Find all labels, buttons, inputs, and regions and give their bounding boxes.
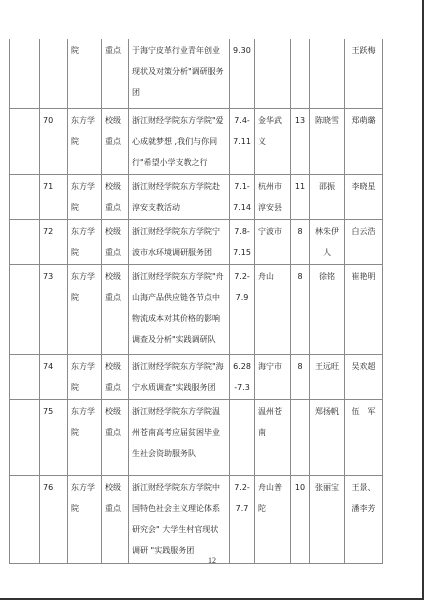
page-number: 12 <box>0 556 424 565</box>
row-number: 74 <box>40 354 68 399</box>
date-cell: 7.2-7.7 <box>230 475 255 563</box>
advisor-cell: 伍 军 <box>345 399 383 475</box>
level-cell: 校级重点 <box>102 108 129 174</box>
count-cell: 11 <box>291 174 310 219</box>
blank-cell <box>10 264 40 354</box>
row-number: 73 <box>40 264 68 354</box>
place-cell: 宁波市 <box>255 219 291 264</box>
leader-cell: 徐铭 <box>310 264 345 354</box>
advisor-cell: 郑萌璐 <box>345 108 383 174</box>
row-number: 75 <box>40 399 68 475</box>
place-cell: 金华武义 <box>255 108 291 174</box>
leader-cell <box>310 39 345 108</box>
row-number: 72 <box>40 219 68 264</box>
unit-cell: 东方学院 <box>68 264 102 354</box>
level-cell: 校级重点 <box>102 174 129 219</box>
leader-cell: 邵振 <box>310 174 345 219</box>
row-number: 76 <box>40 475 68 563</box>
table-row: 75 东方学院 校级重点 浙江财经学院东方学院温州苍南高考应届贫困毕业生社会资助… <box>10 399 383 475</box>
project-cell: 浙江财经学院东方学院中国特色社会主义理论体系研究会" 大学生村官现状调研 "实践… <box>129 475 230 563</box>
leader-cell: 林朱伊人 <box>310 219 345 264</box>
table-row: 73 东方学院 校级重点 浙江财经学院东方学院"舟山海产品供应链各节点中物流成本… <box>10 264 383 354</box>
row-number <box>40 39 68 108</box>
row-number: 71 <box>40 174 68 219</box>
count-cell <box>291 39 310 108</box>
table-row: 76 东方学院 校级重点 浙江财经学院东方学院中国特色社会主义理论体系研究会" … <box>10 475 383 563</box>
level-cell: 校级重点 <box>102 354 129 399</box>
place-cell: 舟山 <box>255 264 291 354</box>
count-cell: 8 <box>291 219 310 264</box>
advisor-cell: 白云浩 <box>345 219 383 264</box>
blank-cell <box>10 219 40 264</box>
place-cell <box>255 39 291 108</box>
table-row: 71 东方学院 校级重点 浙江财经学院东方学院赴淳安支教活动 7.1-7.14 … <box>10 174 383 219</box>
level-cell: 校级重点 <box>102 219 129 264</box>
row-number: 70 <box>40 108 68 174</box>
blank-cell <box>10 399 40 475</box>
level-cell: 校级重点 <box>102 264 129 354</box>
place-cell: 舟山普陀 <box>255 475 291 563</box>
blank-cell <box>10 475 40 563</box>
date-cell: 7.1-7.14 <box>230 174 255 219</box>
leader-cell: 王远旺 <box>310 354 345 399</box>
advisor-cell: 崔艳明 <box>345 264 383 354</box>
advisor-cell: 王跃梅 <box>345 39 383 108</box>
level-cell: 校级重点 <box>102 475 129 563</box>
table-row: 72 东方学院 校级重点 浙江财经学院东方学院宁波市水环境调研服务团 7.8-7… <box>10 219 383 264</box>
table-row: 院 重点 于海宁皮革行业青年创业现状及对策分析"调研服务团 9.30 王跃梅 <box>10 39 383 108</box>
count-cell: 8 <box>291 264 310 354</box>
project-cell: 浙江财经学院东方学院温州苍南高考应届贫困毕业生社会资助服务队 <box>129 399 230 475</box>
table-row: 70 东方学院 校级重点 浙江财经学院东方学院"爱心成就梦想 ,我们与你同行"希… <box>10 108 383 174</box>
place-cell: 温州苍南 <box>255 399 291 475</box>
project-cell: 浙江财经学院东方学院"舟山海产品供应链各节点中物流成本对其价格的影响调查及分析"… <box>129 264 230 354</box>
level-cell: 校级重点 <box>102 399 129 475</box>
project-cell: 于海宁皮革行业青年创业现状及对策分析"调研服务团 <box>129 39 230 108</box>
advisor-cell: 王景、潘李芳 <box>345 475 383 563</box>
date-cell: 7.4-7.11 <box>230 108 255 174</box>
count-cell <box>291 399 310 475</box>
date-cell: 7.8-7.15 <box>230 219 255 264</box>
project-cell: 浙江财经学院东方学院宁波市水环境调研服务团 <box>129 219 230 264</box>
table-row: 74 东方学院 校级重点 浙江财经学院东方学院"海宁水质调查"实践服务团 6.2… <box>10 354 383 399</box>
project-cell: 浙江财经学院东方学院"海宁水质调查"实践服务团 <box>129 354 230 399</box>
advisor-cell: 吴欢超 <box>345 354 383 399</box>
leader-cell: 张丽宝 <box>310 475 345 563</box>
unit-cell: 东方学院 <box>68 219 102 264</box>
leader-cell: 郑扬帆 <box>310 399 345 475</box>
date-cell: 7.2-7.9 <box>230 264 255 354</box>
blank-cell <box>10 108 40 174</box>
project-cell: 浙江财经学院东方学院赴淳安支教活动 <box>129 174 230 219</box>
unit-cell: 东方学院 <box>68 354 102 399</box>
date-cell: 9.30 <box>230 39 255 108</box>
unit-cell: 东方学院 <box>68 475 102 563</box>
blank-cell <box>10 39 40 108</box>
unit-cell: 东方学院 <box>68 108 102 174</box>
unit-cell: 东方学院 <box>68 174 102 219</box>
unit-cell: 院 <box>68 39 102 108</box>
count-cell: 13 <box>291 108 310 174</box>
document-page: 院 重点 于海宁皮革行业青年创业现状及对策分析"调研服务团 9.30 王跃梅 7… <box>0 0 424 600</box>
place-cell: 杭州市淳安县 <box>255 174 291 219</box>
leader-cell: 陈晓雪 <box>310 108 345 174</box>
blank-cell <box>10 354 40 399</box>
place-cell: 海宁市 <box>255 354 291 399</box>
unit-cell: 东方学院 <box>68 399 102 475</box>
project-table: 院 重点 于海宁皮革行业青年创业现状及对策分析"调研服务团 9.30 王跃梅 7… <box>9 39 383 564</box>
count-cell: 8 <box>291 354 310 399</box>
date-cell: 6.28-7.3 <box>230 354 255 399</box>
level-cell: 重点 <box>102 39 129 108</box>
date-cell <box>230 399 255 475</box>
count-cell: 10 <box>291 475 310 563</box>
advisor-cell: 李晓星 <box>345 174 383 219</box>
blank-cell <box>10 174 40 219</box>
project-cell: 浙江财经学院东方学院"爱心成就梦想 ,我们与你同行"希望小学支教之行 <box>129 108 230 174</box>
